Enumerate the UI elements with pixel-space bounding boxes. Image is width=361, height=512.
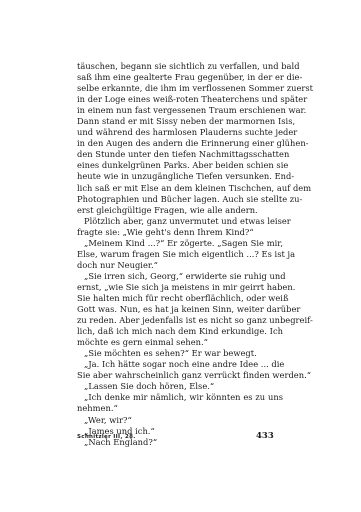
text-line: selbe erkannte, die ihm im verflossenen … [77, 83, 283, 94]
text-line: in der Loge eines weiß-roten Theaterchen… [77, 94, 283, 105]
text-line: den Stunde unter den tiefen Nachmittagss… [77, 149, 283, 160]
text-line: „Wer, wir?“ [77, 415, 283, 426]
text-line: „Ich denke mir nämlich, wir könnten es z… [77, 392, 283, 403]
text-line: in den Augen des andern die Erinnerung e… [77, 138, 283, 149]
text-line: „Sie irren sich, Georg,“ erwiderte sie r… [77, 271, 283, 282]
text-line: heute wie in unzugängliche Tiefen versun… [77, 171, 283, 182]
printer-signature-mark: Schnitzler III, 28. [77, 434, 136, 440]
text-line: in einem nun fast vergessenen Traum ersc… [77, 105, 283, 116]
text-line: lich saß er mit Else an dem kleinen Tisc… [77, 183, 283, 194]
text-line: lich, daß ich mich nach dem Kind erkundi… [77, 326, 283, 337]
text-line: Gott was. Nun, es hat ja keinen Sinn, we… [77, 304, 283, 315]
text-line: fragte sie: „Wie geht's denn Ihrem Kind?… [77, 227, 283, 238]
text-line: „Lassen Sie doch hören, Else.“ [77, 381, 283, 392]
text-line: „Ja. Ich hätte sogar noch eine andre Ide… [77, 359, 283, 370]
text-line: eines dunkelgrünen Parks. Aber beiden sc… [77, 160, 283, 171]
text-line: Dann stand er mit Sissy neben der marmor… [77, 116, 283, 127]
text-line: Sie halten mich für recht oberflächlich,… [77, 293, 283, 304]
text-line: „Meinem Kind ...?“ Er zögerte. „Sagen Si… [77, 238, 283, 249]
text-line: täuschen, begann sie sichtlich zu verfal… [77, 61, 283, 72]
text-line: Sie aber wahrscheinlich ganz verrückt fi… [77, 370, 283, 381]
body-text: täuschen, begann sie sichtlich zu verfal… [77, 61, 283, 448]
book-page: täuschen, begann sie sichtlich zu verfal… [0, 0, 361, 512]
text-line: Else, warum fragen Sie mich eigentlich .… [77, 249, 283, 260]
page-number: 433 [256, 431, 274, 441]
text-line: und während des harmlosen Plauderns such… [77, 127, 283, 138]
text-line: Photographien und Bücher lagen. Auch sie… [77, 194, 283, 205]
text-line: „Sie möchten es sehen?“ Er war bewegt. [77, 348, 283, 359]
text-line: Plötzlich aber, ganz unvermutet und etwa… [77, 216, 283, 227]
text-line: nehmen.“ [77, 403, 283, 414]
text-line: ernst, „wie Sie sich ja meistens in mir … [77, 282, 283, 293]
text-line: saß ihm eine gealterte Frau gegenüber, i… [77, 72, 283, 83]
text-line: doch nur Neugier.“ [77, 260, 283, 271]
text-line: zu reden. Aber jedenfalls ist es nicht s… [77, 315, 283, 326]
text-line: erst gleichgültige Fragen, wie alle ande… [77, 205, 283, 216]
text-line: möchte es gern einmal sehen.“ [77, 337, 283, 348]
